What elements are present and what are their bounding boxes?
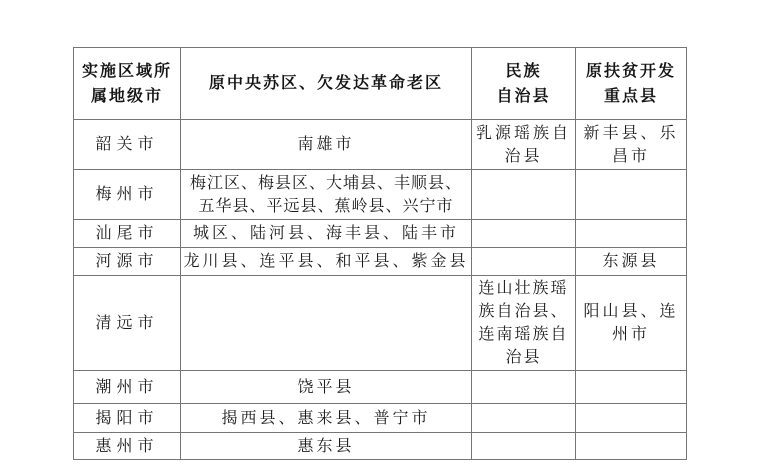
header-city-line1: 实施区域所 bbox=[76, 59, 178, 84]
cell-soviet: 南雄市 bbox=[181, 120, 472, 170]
header-ethnic-line1: 民族 bbox=[474, 59, 573, 84]
cell-ethnic bbox=[472, 248, 576, 276]
cell-soviet: 龙川县、连平县、和平县、紫金县 bbox=[181, 248, 472, 276]
cell-soviet: 惠东县 bbox=[181, 433, 472, 460]
cell-soviet: 饶平县 bbox=[181, 371, 472, 404]
cell-ethnic bbox=[472, 433, 576, 460]
table-row-shanwei: 汕尾市 城区、陆河县、海丰县、陆丰市 bbox=[74, 220, 687, 248]
header-city-column: 实施区域所 属地级市 bbox=[74, 48, 181, 120]
cell-soviet: 梅江区、梅县区、大埔县、丰顺县、五华县、平远县、蕉岭县、兴宁市 bbox=[181, 170, 472, 220]
cell-ethnic bbox=[472, 170, 576, 220]
header-poverty-line1: 原扶贫开发 bbox=[578, 59, 684, 84]
region-table: 实施区域所 属地级市 原中央苏区、欠发达革命老区 民族 自治县 原扶贫开发 重点… bbox=[73, 47, 687, 460]
header-poverty-line2: 重点县 bbox=[578, 84, 684, 109]
cell-ethnic: 连山壮族瑶族自治县、连南瑶族自治县 bbox=[472, 276, 576, 371]
header-city-line2: 属地级市 bbox=[76, 84, 178, 109]
cell-soviet: 城区、陆河县、海丰县、陆丰市 bbox=[181, 220, 472, 248]
cell-poverty bbox=[576, 220, 687, 248]
cell-ethnic bbox=[472, 371, 576, 404]
cell-city: 揭阳市 bbox=[74, 404, 181, 433]
cell-poverty: 东源县 bbox=[576, 248, 687, 276]
table-row-heyuan: 河源市 龙川县、连平县、和平县、紫金县 东源县 bbox=[74, 248, 687, 276]
cell-ethnic bbox=[472, 220, 576, 248]
header-row: 实施区域所 属地级市 原中央苏区、欠发达革命老区 民族 自治县 原扶贫开发 重点… bbox=[74, 48, 687, 120]
cell-city: 惠州市 bbox=[74, 433, 181, 460]
header-soviet-line1: 原中央苏区、欠发达革命老区 bbox=[183, 71, 469, 96]
table-row-huizhou: 惠州市 惠东县 bbox=[74, 433, 687, 460]
table-row-meizhou: 梅州市 梅江区、梅县区、大埔县、丰顺县、五华县、平远县、蕉岭县、兴宁市 bbox=[74, 170, 687, 220]
cell-poverty: 新丰县、乐昌市 bbox=[576, 120, 687, 170]
header-ethnic-line2: 自治县 bbox=[474, 84, 573, 109]
cell-ethnic bbox=[472, 404, 576, 433]
cell-city: 汕尾市 bbox=[74, 220, 181, 248]
cell-soviet bbox=[181, 276, 472, 371]
cell-poverty bbox=[576, 170, 687, 220]
table-row-jieyang: 揭阳市 揭西县、惠来县、普宁市 bbox=[74, 404, 687, 433]
header-soviet-column: 原中央苏区、欠发达革命老区 bbox=[181, 48, 472, 120]
header-ethnic-column: 民族 自治县 bbox=[472, 48, 576, 120]
table-row-qingyuan: 清远市 连山壮族瑶族自治县、连南瑶族自治县 阳山县、连州市 bbox=[74, 276, 687, 371]
document-page: 实施区域所 属地级市 原中央苏区、欠发达革命老区 民族 自治县 原扶贫开发 重点… bbox=[0, 0, 766, 469]
table-header: 实施区域所 属地级市 原中央苏区、欠发达革命老区 民族 自治县 原扶贫开发 重点… bbox=[74, 48, 687, 120]
cell-ethnic: 乳源瑶族自治县 bbox=[472, 120, 576, 170]
cell-poverty bbox=[576, 433, 687, 460]
cell-city: 清远市 bbox=[74, 276, 181, 371]
cell-city: 潮州市 bbox=[74, 371, 181, 404]
cell-city: 梅州市 bbox=[74, 170, 181, 220]
cell-poverty bbox=[576, 404, 687, 433]
region-table-wrapper: 实施区域所 属地级市 原中央苏区、欠发达革命老区 民族 自治县 原扶贫开发 重点… bbox=[73, 47, 687, 460]
cell-soviet: 揭西县、惠来县、普宁市 bbox=[181, 404, 472, 433]
header-poverty-column: 原扶贫开发 重点县 bbox=[576, 48, 687, 120]
table-row-shaoguan: 韶关市 南雄市 乳源瑶族自治县 新丰县、乐昌市 bbox=[74, 120, 687, 170]
table-row-chaozhou: 潮州市 饶平县 bbox=[74, 371, 687, 404]
cell-city: 河源市 bbox=[74, 248, 181, 276]
cell-poverty bbox=[576, 371, 687, 404]
cell-city: 韶关市 bbox=[74, 120, 181, 170]
cell-poverty: 阳山县、连州市 bbox=[576, 276, 687, 371]
table-body: 韶关市 南雄市 乳源瑶族自治县 新丰县、乐昌市 梅州市 梅江区、梅县区、大埔县、… bbox=[74, 120, 687, 460]
